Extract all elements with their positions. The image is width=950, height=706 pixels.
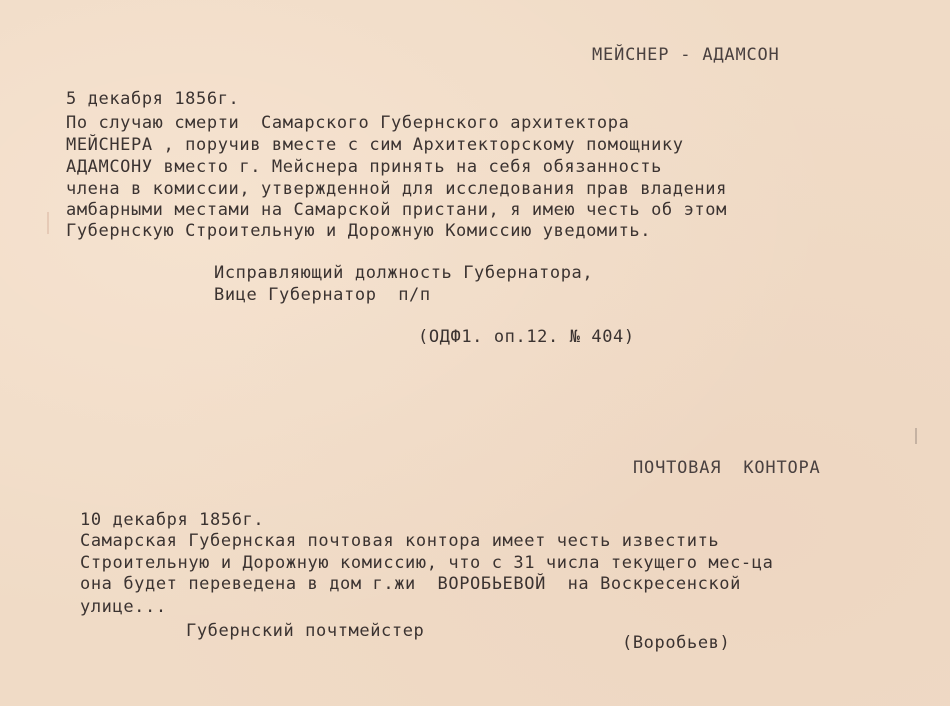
section1-date: 5 декабря 1856г. — [66, 89, 239, 109]
section2-heading: ПОЧТОВАЯ КОНТОРА — [633, 458, 821, 478]
section2-signature-title: Губернский почтмейстер — [186, 621, 424, 641]
section2-signature-name: (Воробьев) — [622, 633, 730, 653]
section2-body-line: она будет переведена в дом г.жи ВОРОБЬЕВ… — [80, 574, 741, 594]
section2-date: 10 декабря 1856г. — [80, 510, 264, 530]
paper-mark — [47, 212, 49, 234]
section2-body-line: Самарская Губернская почтовая контора им… — [80, 531, 719, 551]
section1-body-line: амбарными местами на Самарской пристани,… — [66, 200, 727, 220]
section1-body-line: АДАМСОНУ вместо г. Мейснера принять на с… — [66, 157, 662, 177]
section1-body-line: МЕЙСНЕРА , поручив вместе с сим Архитект… — [66, 135, 684, 155]
section1-body-line: Губернскую Строительную и Дорожную Комис… — [66, 221, 651, 241]
section1-signature-title: Исправляющий должность Губернатора, — [214, 263, 593, 283]
section1-body-line: По случаю смерти Самарского Губернского … — [66, 113, 629, 133]
section1-body-line: члена в комиссии, утвержденной для иссле… — [66, 179, 727, 199]
section1-archive-reference: (ОДФ1. оп.12. № 404) — [418, 327, 635, 347]
section2-body-line: Строительную и Дорожную комиссию, что с … — [80, 553, 773, 573]
paper-mark — [915, 428, 917, 444]
section1-signature-name: Вице Губернатор п/п — [214, 285, 431, 305]
section2-body-line: улице... — [80, 597, 167, 617]
section1-heading: МЕЙСНЕР - АДАМСОН — [592, 45, 780, 65]
